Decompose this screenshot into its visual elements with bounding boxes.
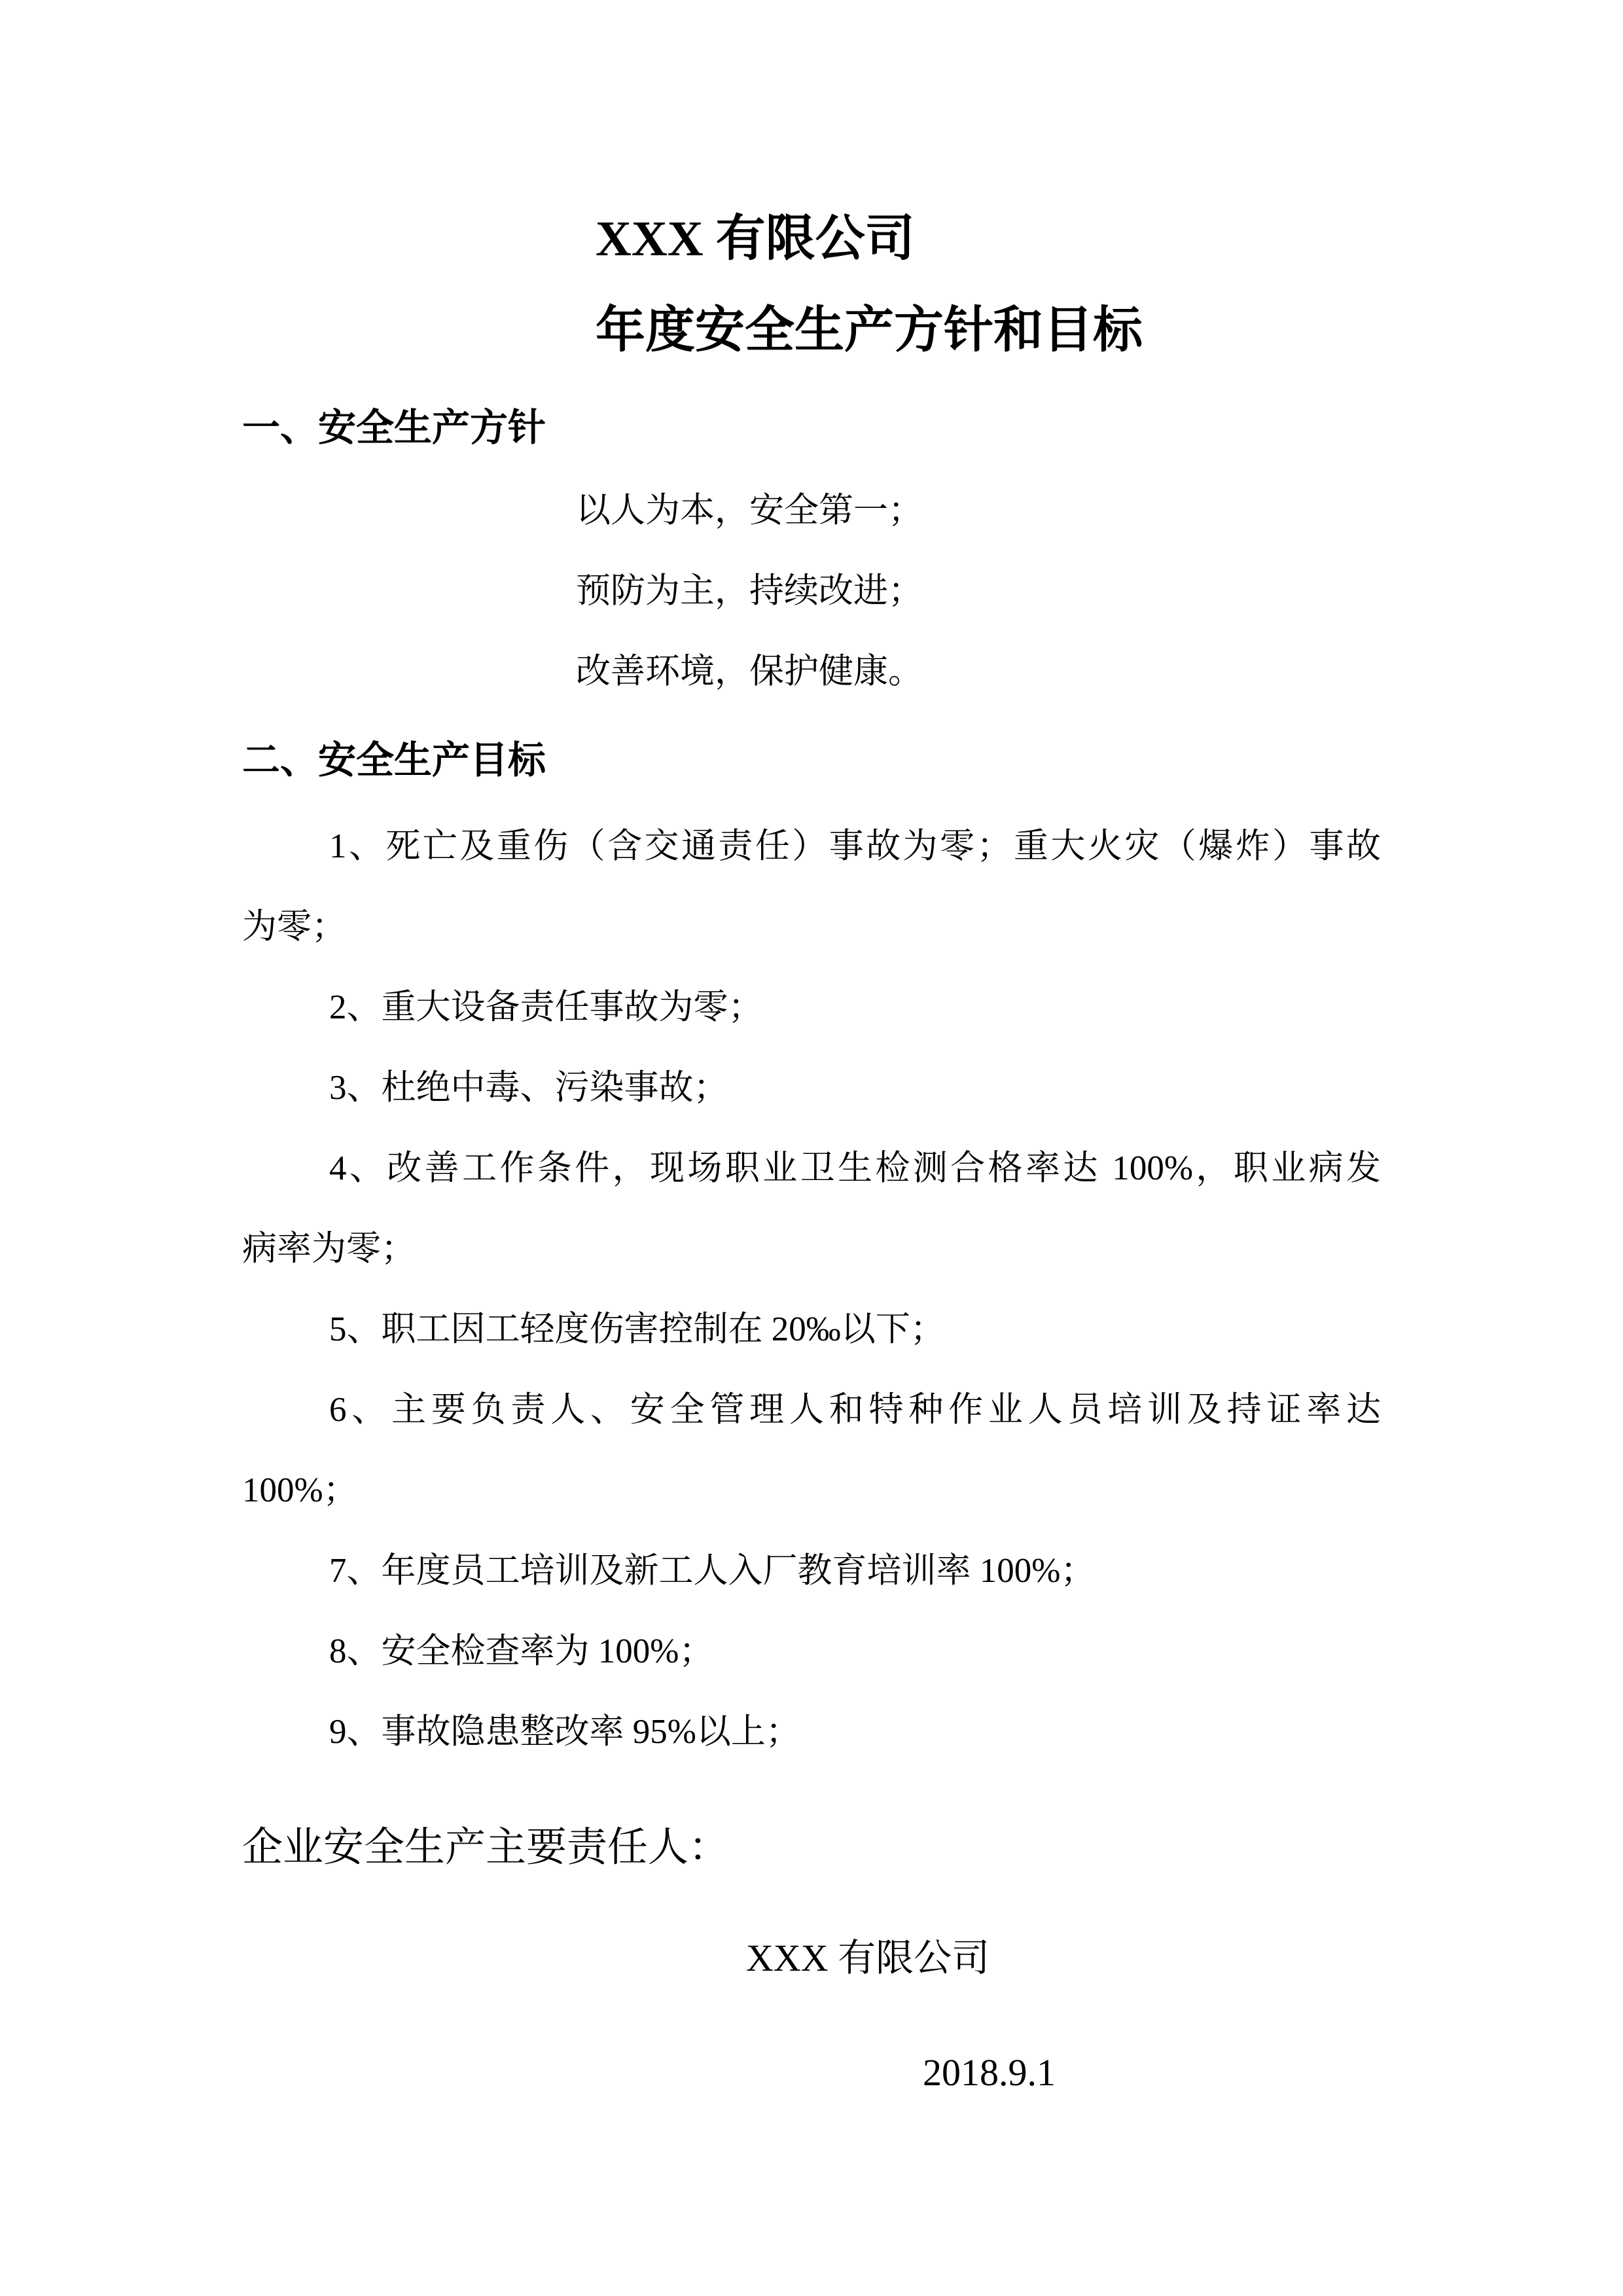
- policy-line: 预防为主，持续改进；: [242, 551, 1381, 632]
- goal-line: 1、死亡及重伤（含交通责任）事故为零；重大火灾（爆炸）事故: [242, 806, 1381, 887]
- section-heading-goals: 二、安全生产目标: [242, 720, 1381, 800]
- policy-line: 以人为本，安全第一；: [242, 471, 1381, 551]
- goal-line: 5、职工因工轻度伤害控制在 20‰以下；: [242, 1289, 1381, 1370]
- goal-line: 8、安全检查率为 100%；: [242, 1611, 1381, 1692]
- goal-line-continuation: 病率为零；: [242, 1209, 1381, 1289]
- responsible-line: 企业安全生产主要责任人：: [242, 1805, 1381, 1890]
- doc-subtitle: 年度安全生产方针和目标: [242, 288, 1381, 373]
- signature-date: 2018.9.1: [923, 2032, 1381, 2113]
- goal-line: 7、年度员工培训及新工人入厂教育培训率 100%；: [242, 1531, 1381, 1611]
- goal-line: 3、杜绝中毒、污染事故；: [242, 1048, 1381, 1128]
- goal-line: 4、改善工作条件，现场职业卫生检测合格率达 100%，职业病发: [242, 1128, 1381, 1209]
- goal-line-continuation: 为零；: [242, 887, 1381, 967]
- doc-title: XXX 有限公司: [242, 196, 1381, 281]
- section-heading-policy: 一、安全生产方针: [242, 387, 1381, 468]
- goal-line-continuation: 100%；: [242, 1450, 1381, 1531]
- goal-line: 6、主要负责人、安全管理人和特种作业人员培训及持证率达: [242, 1370, 1381, 1450]
- goal-line: 9、事故隐患整改率 95%以上；: [242, 1692, 1381, 1772]
- signature-company: XXX 有限公司: [746, 1918, 1381, 1998]
- policy-line: 改善环境，保护健康。: [242, 632, 1381, 712]
- document-page: XXX 有限公司 年度安全生产方针和目标 一、安全生产方针 以人为本，安全第一；…: [0, 0, 1623, 2296]
- goal-line: 2、重大设备责任事故为零；: [242, 967, 1381, 1048]
